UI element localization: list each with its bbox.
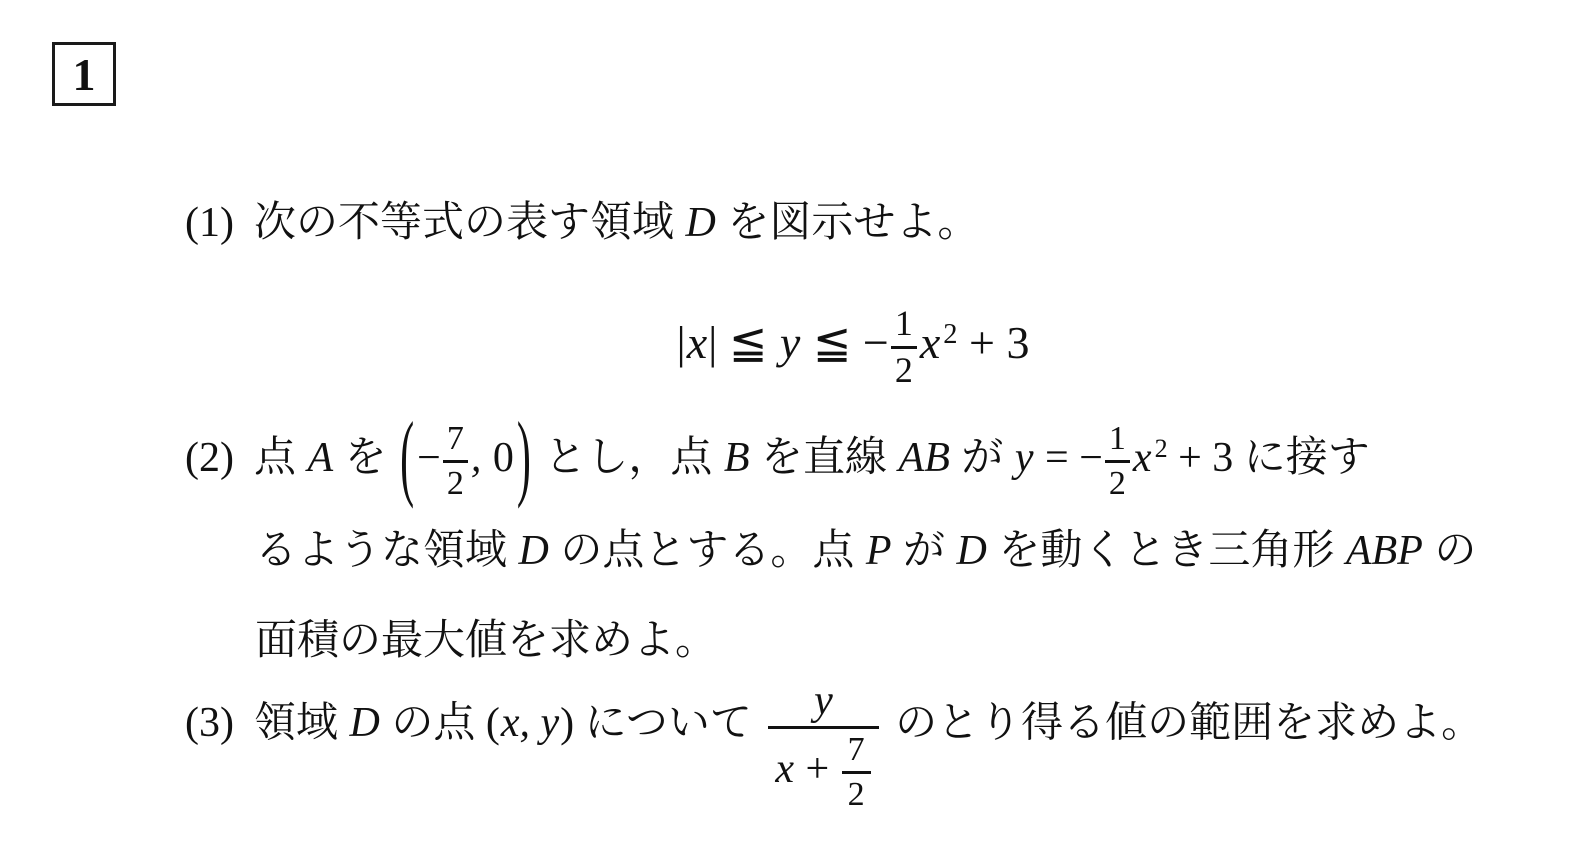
question-2-label: (2) bbox=[185, 433, 234, 483]
fraction-numerator-y: y bbox=[768, 679, 878, 723]
plus-three: + 3 bbox=[958, 317, 1030, 368]
fraction-bar bbox=[1105, 460, 1130, 463]
fraction-numerator: 1 bbox=[891, 305, 917, 343]
question-3-text: の点 bbox=[381, 700, 486, 746]
math-var-D: D bbox=[349, 700, 381, 746]
math-var-ABP: ABP bbox=[1345, 528, 1424, 574]
question-1-text-before: 次の不等式の表す領域 bbox=[254, 200, 685, 246]
paren-close: ) bbox=[560, 700, 574, 746]
math-var-y: y bbox=[779, 317, 801, 368]
math-var-D: D bbox=[685, 200, 717, 246]
question-2-line-1: (2)点 A を (−72, 0) とし，点 B を直線 AB が y = −1… bbox=[185, 421, 1370, 501]
equals-minus: = − bbox=[1035, 435, 1103, 481]
fraction-bar bbox=[891, 346, 917, 349]
question-2-text: に接す bbox=[1233, 435, 1370, 481]
math-coord-xy: x, y bbox=[500, 700, 560, 746]
math-var-AB: AB bbox=[898, 435, 951, 481]
math-var-B: B bbox=[723, 435, 751, 481]
exponent-2: 2 bbox=[943, 319, 957, 350]
question-3-text: 領域 bbox=[254, 700, 349, 746]
math-var-x: x bbox=[1132, 435, 1153, 481]
fraction-denominator: 2 bbox=[842, 777, 871, 813]
coordinate-zero: 0 bbox=[493, 435, 514, 481]
question-2-text: を直線 bbox=[751, 435, 898, 481]
question-3-text: について bbox=[574, 700, 762, 746]
plus-three: + 3 bbox=[1168, 435, 1234, 481]
problem-number-box: 1 bbox=[52, 42, 116, 106]
fraction-y-over-x-plus-seven-halves: yx + 72 bbox=[768, 679, 878, 812]
big-paren-open: ( bbox=[397, 410, 417, 507]
question-2-text: が bbox=[951, 435, 1014, 481]
display-formula: |x| ≦ y ≦ −12x2 + 3 bbox=[0, 305, 1590, 390]
fraction-numerator: 7 bbox=[842, 732, 871, 768]
minus-sign: − bbox=[863, 317, 889, 368]
question-2-text: 点 bbox=[254, 435, 307, 481]
math-var-D: D bbox=[956, 528, 988, 574]
math-var-y: y bbox=[1014, 435, 1035, 481]
question-2-text: を bbox=[334, 435, 397, 481]
question-2-text: の点とする。点 bbox=[550, 528, 865, 574]
fraction-bar bbox=[768, 726, 878, 729]
fraction-one-half: 12 bbox=[1105, 421, 1130, 501]
question-2-text: とし，点 bbox=[534, 435, 723, 481]
fraction-seven-halves: 72 bbox=[842, 732, 871, 812]
abs-bar-right: | bbox=[708, 317, 717, 368]
math-var-x: x bbox=[686, 317, 708, 368]
question-2-text: るような領域 bbox=[255, 528, 518, 574]
leq-symbol: ≦ bbox=[801, 317, 863, 368]
fraction-seven-halves: 72 bbox=[443, 421, 468, 501]
math-var-P: P bbox=[865, 528, 893, 574]
question-2-text: の bbox=[1424, 528, 1477, 574]
fraction-bar bbox=[842, 771, 871, 774]
question-2-line-2: るような領域 D の点とする。点 P が D を動くとき三角形 ABP の bbox=[255, 526, 1476, 576]
big-paren-close: ) bbox=[514, 410, 534, 507]
question-3-label: (3) bbox=[185, 698, 234, 748]
question-1-label: (1) bbox=[185, 198, 234, 248]
exponent-2: 2 bbox=[1155, 434, 1168, 463]
math-var-A: A bbox=[307, 435, 335, 481]
question-1-text-after: を図示せよ。 bbox=[717, 200, 980, 246]
question-2-text: が bbox=[893, 528, 956, 574]
problem-sheet: 1 (1)次の不等式の表す領域 D を図示せよ。 |x| ≦ y ≦ −12x2… bbox=[0, 0, 1590, 859]
fraction-bar bbox=[443, 460, 468, 463]
math-var-D: D bbox=[518, 528, 550, 574]
comma-separator: , bbox=[470, 435, 493, 481]
question-3: (3)領域 D の点 (x, y) について yx + 72 のとり得る値の範囲… bbox=[185, 660, 1483, 793]
fraction-numerator: 7 bbox=[443, 421, 468, 457]
math-var-x: x bbox=[774, 746, 795, 792]
question-1: (1)次の不等式の表す領域 D を図示せよ。 bbox=[185, 198, 979, 248]
question-2-text: を動くとき三角形 bbox=[988, 528, 1345, 574]
abs-bar-left: | bbox=[677, 317, 686, 368]
paren-open: ( bbox=[486, 700, 500, 746]
question-2-text: 面積の最大値を求めよ。 bbox=[255, 618, 717, 664]
minus-sign: − bbox=[417, 435, 441, 481]
fraction-one-half: 12 bbox=[891, 305, 917, 390]
question-3-text: のとり得る値の範囲を求めよ。 bbox=[885, 700, 1484, 746]
fraction-denominator: 2 bbox=[443, 466, 468, 502]
fraction-denominator: 2 bbox=[891, 352, 917, 390]
leq-symbol: ≦ bbox=[717, 317, 779, 368]
plus-sign: + bbox=[795, 746, 840, 792]
fraction-numerator: 1 bbox=[1105, 421, 1130, 457]
question-2-line-3: 面積の最大値を求めよ。 bbox=[255, 616, 717, 666]
problem-number: 1 bbox=[73, 48, 96, 101]
fraction-denominator: x + 72 bbox=[768, 732, 878, 812]
math-var-x: x bbox=[919, 317, 941, 368]
fraction-denominator: 2 bbox=[1105, 466, 1130, 502]
